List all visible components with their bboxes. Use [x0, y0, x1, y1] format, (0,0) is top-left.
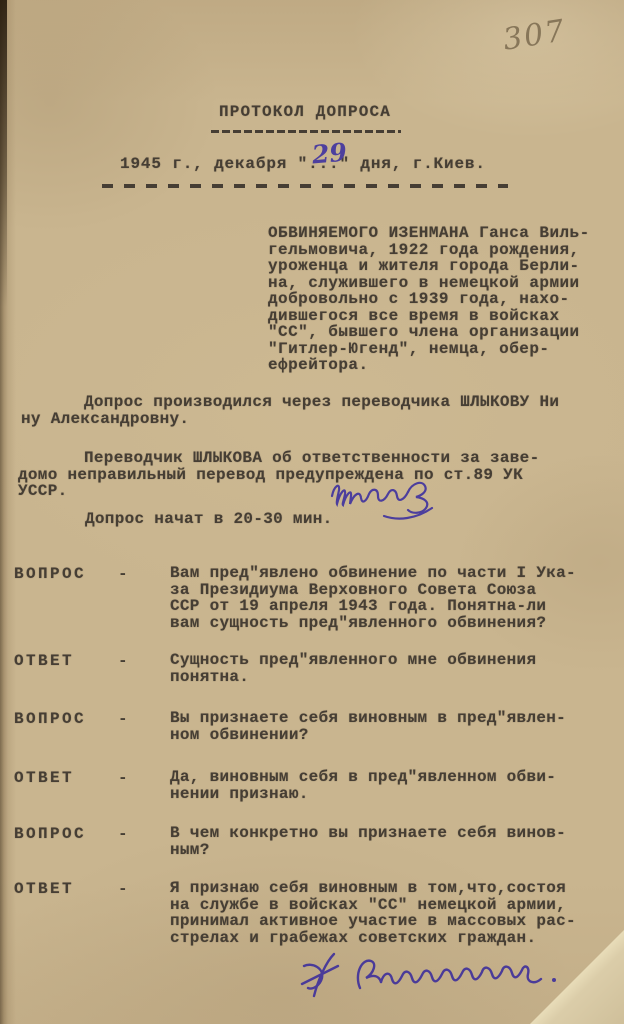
interpreter-signature-ink	[328, 476, 454, 520]
interpreter-paragraph: Допрос производился через переводчика ШЛ…	[21, 394, 609, 428]
qa-separator-dash: -	[118, 880, 128, 898]
answer-text: Да, виновным себя в пред"явленном обви- …	[170, 769, 590, 802]
accused-description: ОБВИНЯЕМОГО ИЗЕНМАНА Ганса Виль- гельмов…	[268, 225, 616, 374]
question-text: Вам пред"явлено обвинение по части I Ука…	[170, 565, 590, 631]
answer-label: ОТВЕТ	[14, 652, 74, 670]
interpreter-warning: Переводчик ШЛЫКОВА об ответственности за…	[18, 450, 612, 500]
qa-separator-dash: -	[118, 825, 128, 843]
question-label: ВОПРОС	[14, 710, 86, 728]
accused-signature-ink	[288, 948, 564, 1006]
page-number-handwritten: 307	[501, 13, 569, 57]
date-line: 1945 г., декабря "..." дня, г.Киев.	[120, 155, 486, 173]
answer-text: Я признаю себя виновным в том,что,состоя…	[170, 880, 590, 946]
qa-separator-dash: -	[118, 652, 128, 670]
document-page: 307 ПРОТОКОЛ ДОПРОСА 1945 г., декабря ".…	[0, 0, 624, 1024]
qa-separator-dash: -	[118, 769, 128, 787]
answer-label: ОТВЕТ	[14, 880, 74, 898]
qa-separator-dash: -	[118, 565, 128, 583]
title-underline	[211, 130, 401, 133]
answer-text: Сущность пред"явленного мне обвинения по…	[170, 652, 590, 685]
question-text: Вы признаете себя виновным в пред"явлен-…	[170, 710, 590, 743]
protocol-title: ПРОТОКОЛ ДОПРОСА	[219, 103, 391, 121]
qa-separator-dash: -	[118, 710, 128, 728]
start-time-line: Допрос начат в 20-30 мин.	[85, 511, 333, 528]
question-text: В чем конкретно вы признаете себя винов-…	[170, 825, 590, 858]
handwritten-day: 29	[311, 138, 348, 170]
question-label: ВОПРОС	[14, 565, 86, 583]
date-underline	[102, 184, 508, 188]
question-label: ВОПРОС	[14, 825, 86, 843]
page-left-edge-dark	[0, 0, 7, 320]
answer-label: ОТВЕТ	[14, 769, 74, 787]
